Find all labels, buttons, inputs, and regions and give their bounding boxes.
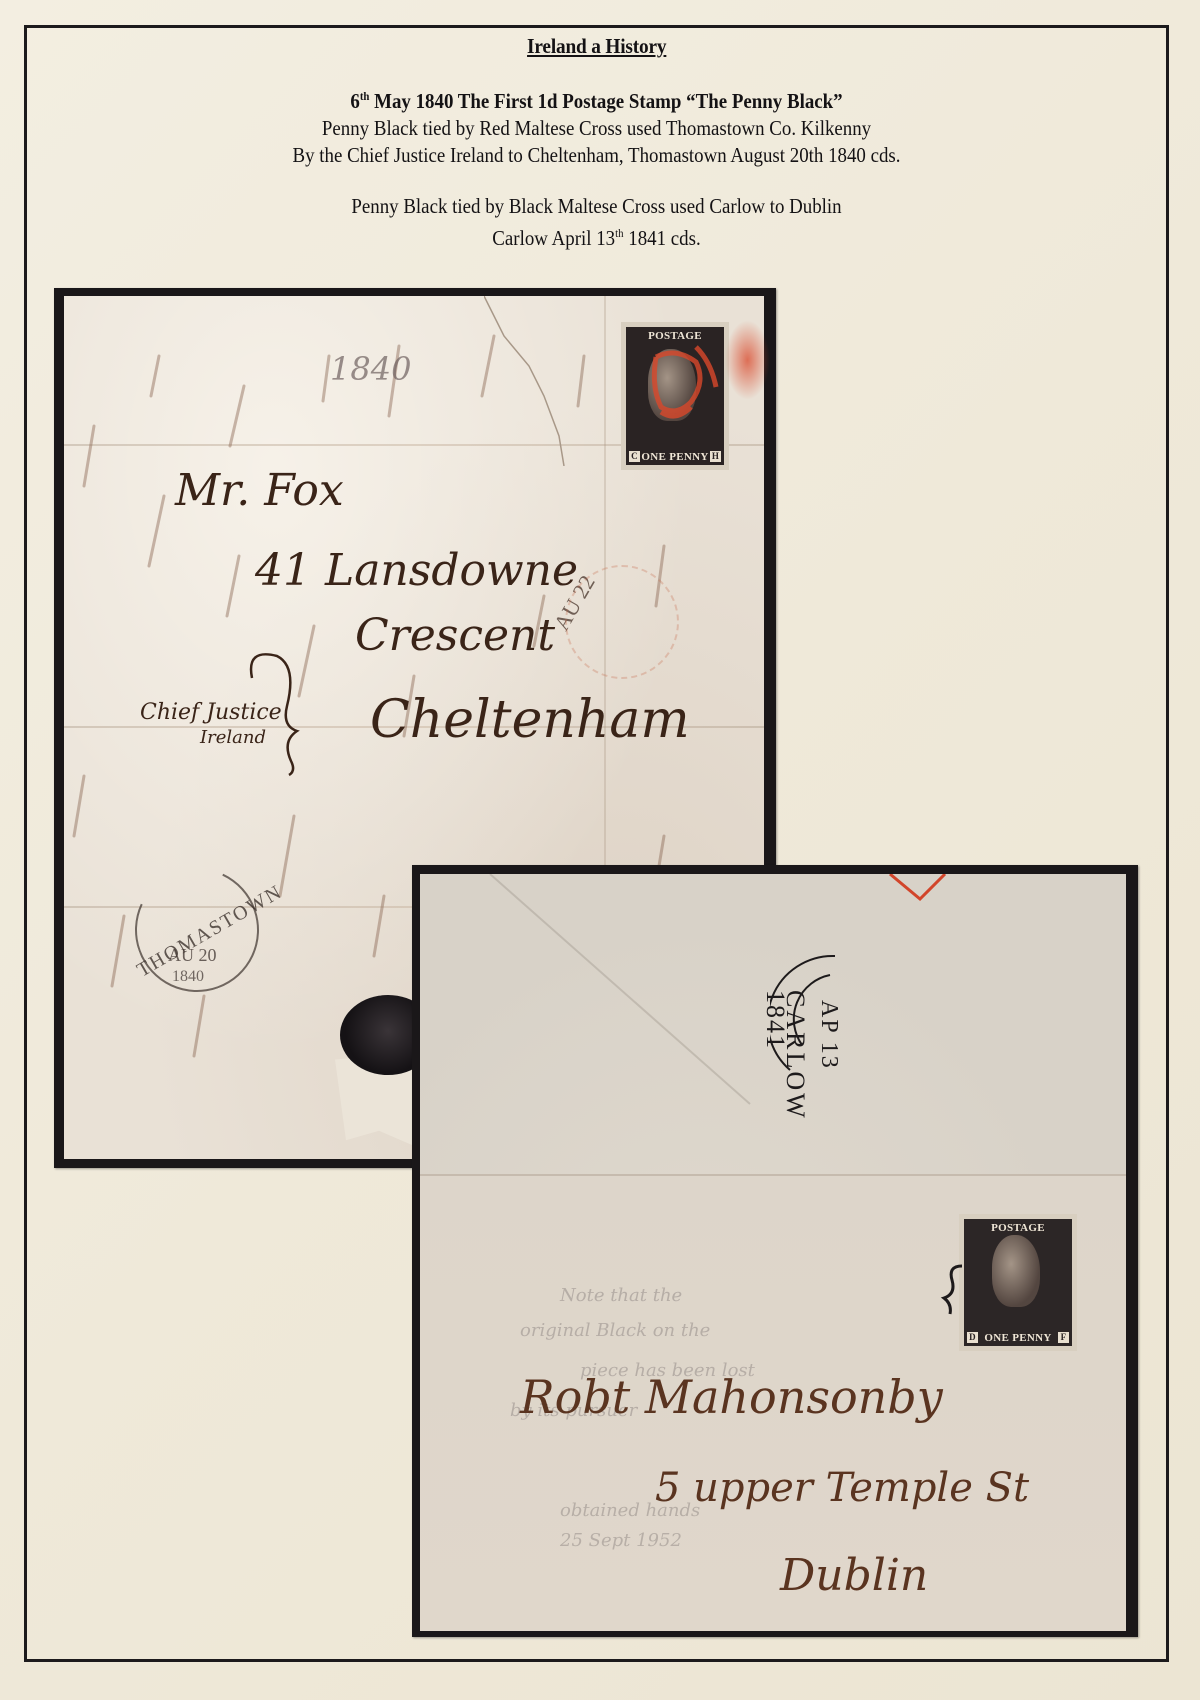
page-title: Ireland a History [527,34,666,59]
address-line-2: 41 Lansdowne [255,545,578,596]
description-line-1: Penny Black tied by Red Maltese Cross us… [81,115,1112,142]
address-line-3: Dublin [780,1550,928,1601]
red-cancel-ink-spill [725,320,770,400]
address-line-1: Robt Mahonsonby [520,1370,943,1424]
description-line-2: By the Chief Justice Ireland to Cheltenh… [81,142,1112,169]
carlow-postmark-year: 1841 [760,990,790,1050]
pencil-note-line-1: Note that the [560,1285,682,1306]
pencil-note-line-2: original Black on the [520,1320,710,1341]
description-line-3: Penny Black tied by Black Maltese Cross … [81,193,1112,220]
stamp-bottom-text: C ONE PENNY H [626,451,724,463]
queen-victoria-portrait-icon [992,1235,1040,1307]
penny-black-stamp-2: POSTAGE D ONE PENNY F [959,1214,1077,1351]
black-maltese-cross-cancel-icon [940,1260,970,1320]
headline: 6th May 1840 The First 1d Postage Stamp … [81,83,1112,115]
pencil-note-line-6: 25 Sept 1952 [560,1530,682,1551]
carlow-postmark-date: AP 13 [815,1000,842,1070]
corner-letter-right: F [1058,1332,1069,1343]
brace-flourish [240,648,310,778]
address-line-3: Crescent [355,610,555,661]
address-line-1: Mr. Fox [175,465,344,516]
corner-letter-right: H [710,451,721,462]
docket-note: 1840 [330,350,411,388]
thomastown-postmark-date: AU 20 [168,945,217,966]
penny-black-stamp-1: POSTAGE C ONE PENNY H [621,322,729,470]
page-header: Ireland a History 6th May 1840 The First… [24,34,1169,252]
address-line-4: Cheltenham [370,690,690,750]
faint-red-postmark-ring [565,565,679,679]
thomastown-postmark-year: 1840 [172,968,204,986]
address-line-2: 5 upper Temple St [655,1465,1029,1511]
corner-letter-left: C [629,451,640,462]
stamp-top-text: POSTAGE [964,1222,1072,1234]
description-line-4: Carlow April 13th 1841 cds. [81,220,1112,252]
corner-letter-left: D [967,1332,978,1343]
red-maltese-cross-cancel-icon [626,327,724,465]
stamp-bottom-text: D ONE PENNY F [964,1332,1072,1344]
